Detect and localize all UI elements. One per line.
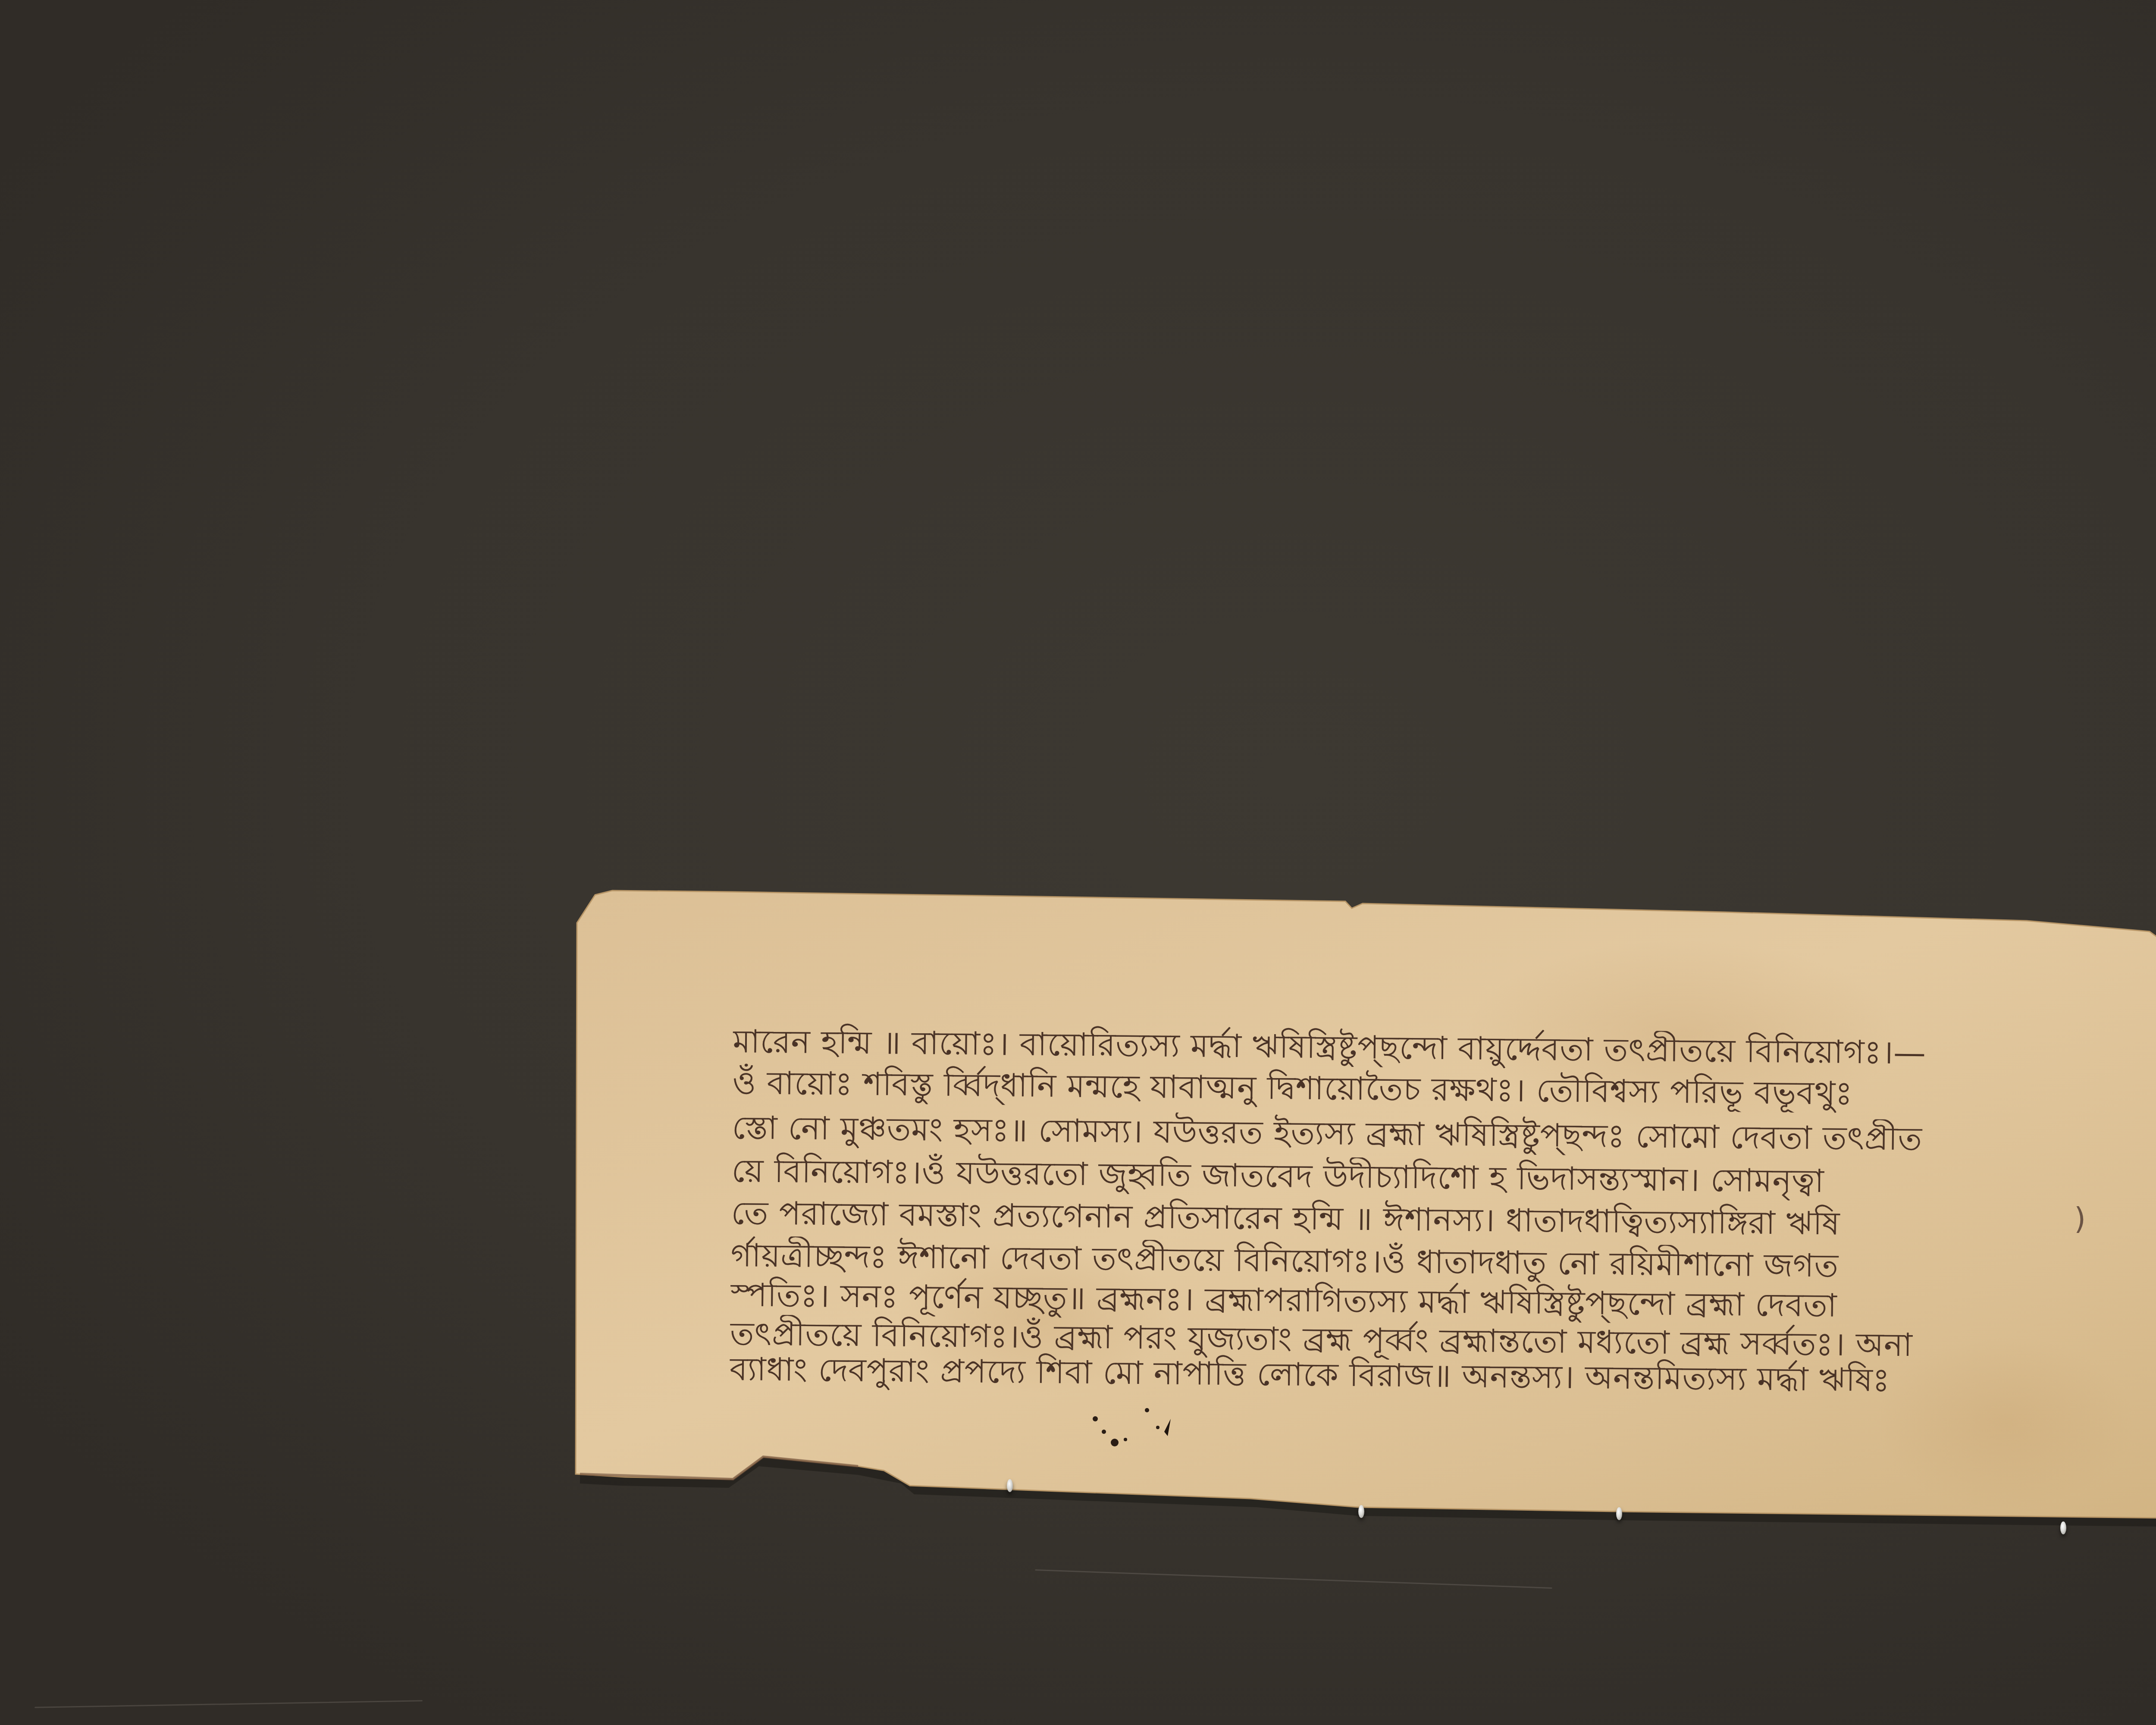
pin-head	[2060, 1521, 2066, 1534]
manuscript-leaf	[0, 0, 2156, 1725]
paper-shape	[0, 0, 2156, 1725]
pin-head	[1007, 1479, 1013, 1492]
pin-head	[1358, 1505, 1364, 1518]
ink-blot	[1082, 1402, 1194, 1449]
margin-mark: )	[2074, 1201, 2086, 1236]
pin-head	[1616, 1507, 1622, 1520]
